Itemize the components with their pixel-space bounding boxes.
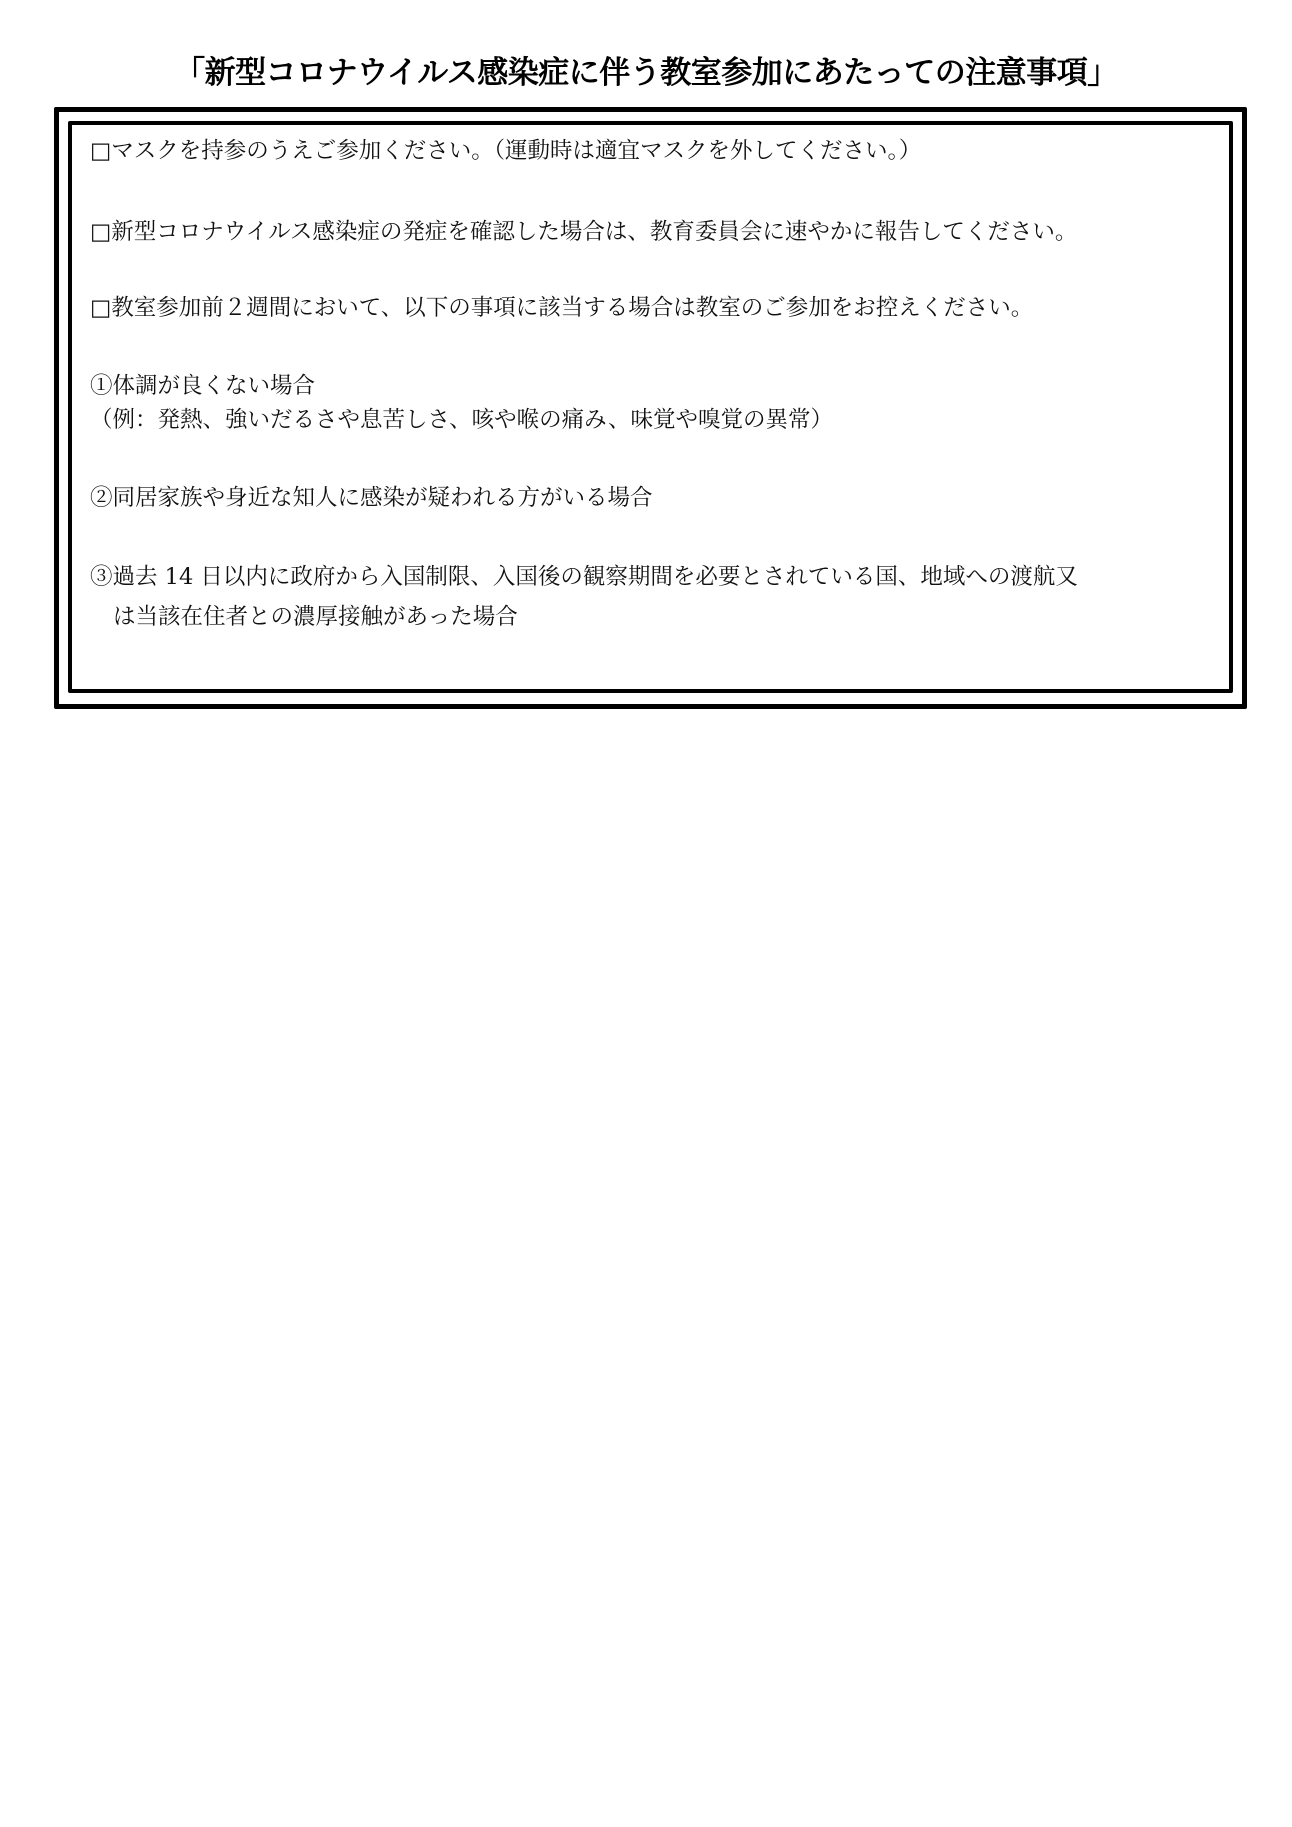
checklist-item-report-infection: □新型コロナウイルス感染症の発症を確認した場合は、教育委員会に速やかに報告してく…: [90, 215, 1077, 249]
condition-1-detail: （例：発熱、強いだるさや息苦しさ、咳や喉の痛み、味覚や嗅覚の異常）: [90, 403, 833, 437]
condition-3-label: ③過去 14 日以内に政府から入国制限、入国後の観察期間を必要とされている国、地…: [90, 560, 1078, 594]
condition-1-label: ①体調が良くない場合: [90, 369, 315, 403]
page-title: 「新型コロナウイルス感染症に伴う教室参加にあたっての注意事項」: [0, 46, 1292, 100]
checklist-item-mask: □マスクを持参のうえご参加ください。（運動時は適宜マスクを外してください。）: [90, 134, 921, 168]
checklist-item-refrain-participation: □教室参加前２週間において、以下の事項に該当する場合は教室のご参加をお控えくださ…: [90, 291, 1033, 325]
condition-3-continuation: は当該在住者との濃厚接触があった場合: [90, 600, 518, 634]
condition-2-label: ②同居家族や身近な知人に感染が疑われる方がいる場合: [90, 481, 653, 515]
